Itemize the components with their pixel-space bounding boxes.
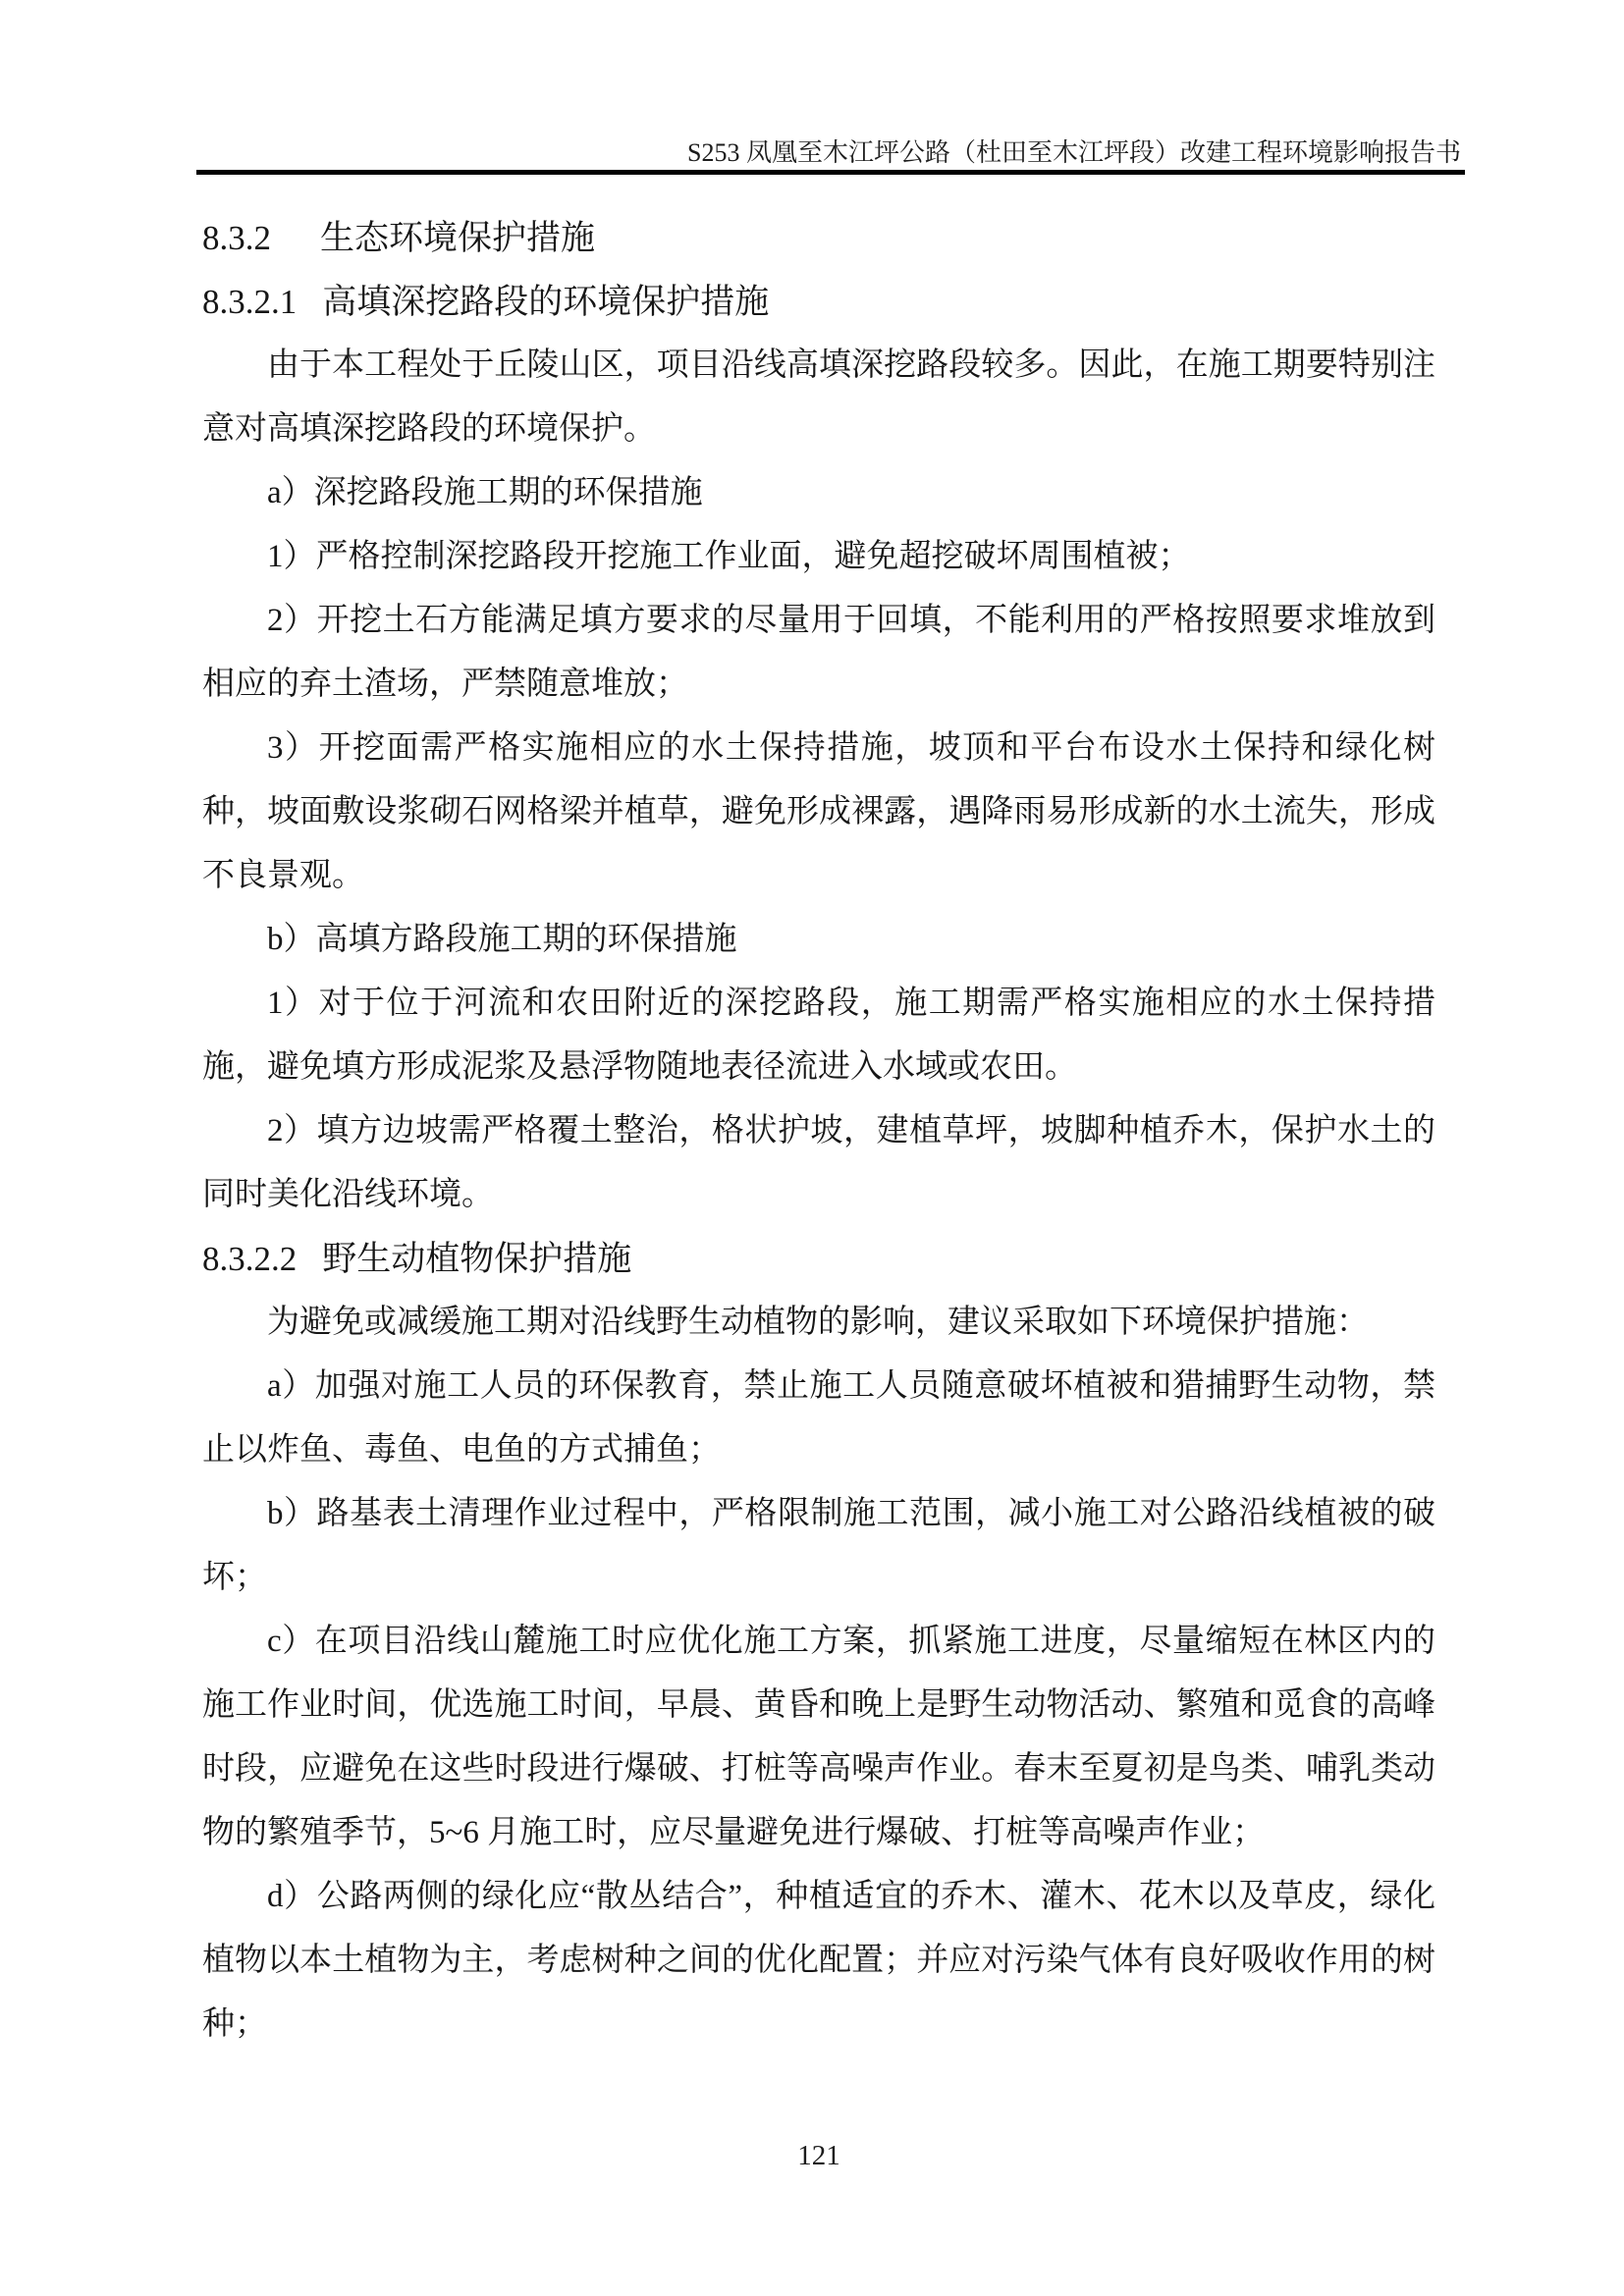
- section-heading-8-3-2-2: 8.3.2.2野生动植物保护措施: [202, 1227, 1435, 1291]
- page-header: S253 凤凰至木江坪公路（杜田至木江坪段）改建工程环境影响报告书: [196, 137, 1461, 169]
- section-title: 野生动植物保护措施: [322, 1240, 631, 1278]
- paragraph-item-c-schedule: c）在项目沿线山麓施工时应优化施工方案，抓紧施工进度，尽量缩短在林区内的施工作业…: [202, 1610, 1435, 1865]
- section-number: 8.3.2: [202, 219, 271, 257]
- section-title: 生态环境保护措施: [320, 219, 595, 257]
- paragraph-item-d-greening: d）公路两侧的绿化应“散丛结合”，种植适宜的乔木、灌木、花木以及草皮，绿化植物以…: [202, 1865, 1435, 2056]
- document-page: S253 凤凰至木江坪公路（杜田至木江坪段）改建工程环境影响报告书 8.3.2生…: [0, 0, 1624, 2296]
- header-title: S253 凤凰至木江坪公路（杜田至木江坪段）改建工程环境影响报告书: [687, 138, 1461, 167]
- paragraph-item-b-high-fill: b）高填方路段施工期的环保措施: [202, 908, 1435, 972]
- document-body: 8.3.2生态环境保护措施 8.3.2.1高填深挖路段的环境保护措施 由于本工程…: [202, 206, 1435, 2056]
- header-rule: [196, 170, 1465, 175]
- paragraph-item-b-2: 2）填方边坡需严格覆土整治，格状护坡，建植草坪，坡脚种植乔木，保护水土的同时美化…: [202, 1099, 1435, 1227]
- section-heading-8-3-2: 8.3.2生态环境保护措施: [202, 206, 1435, 270]
- paragraph-item-b-topsoil: b）路基表土清理作业过程中，严格限制施工范围，减小施工对公路沿线植被的破坏；: [202, 1482, 1435, 1610]
- section-title: 高填深挖路段的环境保护措施: [322, 283, 769, 321]
- section-heading-8-3-2-1: 8.3.2.1高填深挖路段的环境保护措施: [202, 270, 1435, 334]
- section-number: 8.3.2.1: [202, 283, 297, 321]
- page-number: 121: [797, 2140, 840, 2171]
- paragraph-item-a-deep-cut: a）深挖路段施工期的环保措施: [202, 461, 1435, 525]
- paragraph-item-a-3: 3）开挖面需严格实施相应的水土保持措施，坡顶和平台布设水土保持和绿化树种，坡面敷…: [202, 717, 1435, 908]
- section-number: 8.3.2.2: [202, 1240, 297, 1278]
- paragraph-item-a-1: 1）严格控制深挖路段开挖施工作业面，避免超挖破坏周围植被；: [202, 525, 1435, 589]
- paragraph-intro-8-3-2-1: 由于本工程处于丘陵山区，项目沿线高填深挖路段较多。因此，在施工期要特别注意对高填…: [202, 334, 1435, 461]
- paragraph-item-a-2: 2）开挖土石方能满足填方要求的尽量用于回填，不能利用的严格按照要求堆放到相应的弃…: [202, 589, 1435, 717]
- page-footer: 121: [202, 2138, 1435, 2173]
- paragraph-item-b-1: 1）对于位于河流和农田附近的深挖路段，施工期需严格实施相应的水土保持措施，避免填…: [202, 972, 1435, 1099]
- paragraph-item-a-education: a）加强对施工人员的环保教育，禁止施工人员随意破坏植被和猎捕野生动物，禁止以炸鱼…: [202, 1355, 1435, 1482]
- paragraph-intro-8-3-2-2: 为避免或减缓施工期对沿线野生动植物的影响，建议采取如下环境保护措施：: [202, 1291, 1435, 1355]
